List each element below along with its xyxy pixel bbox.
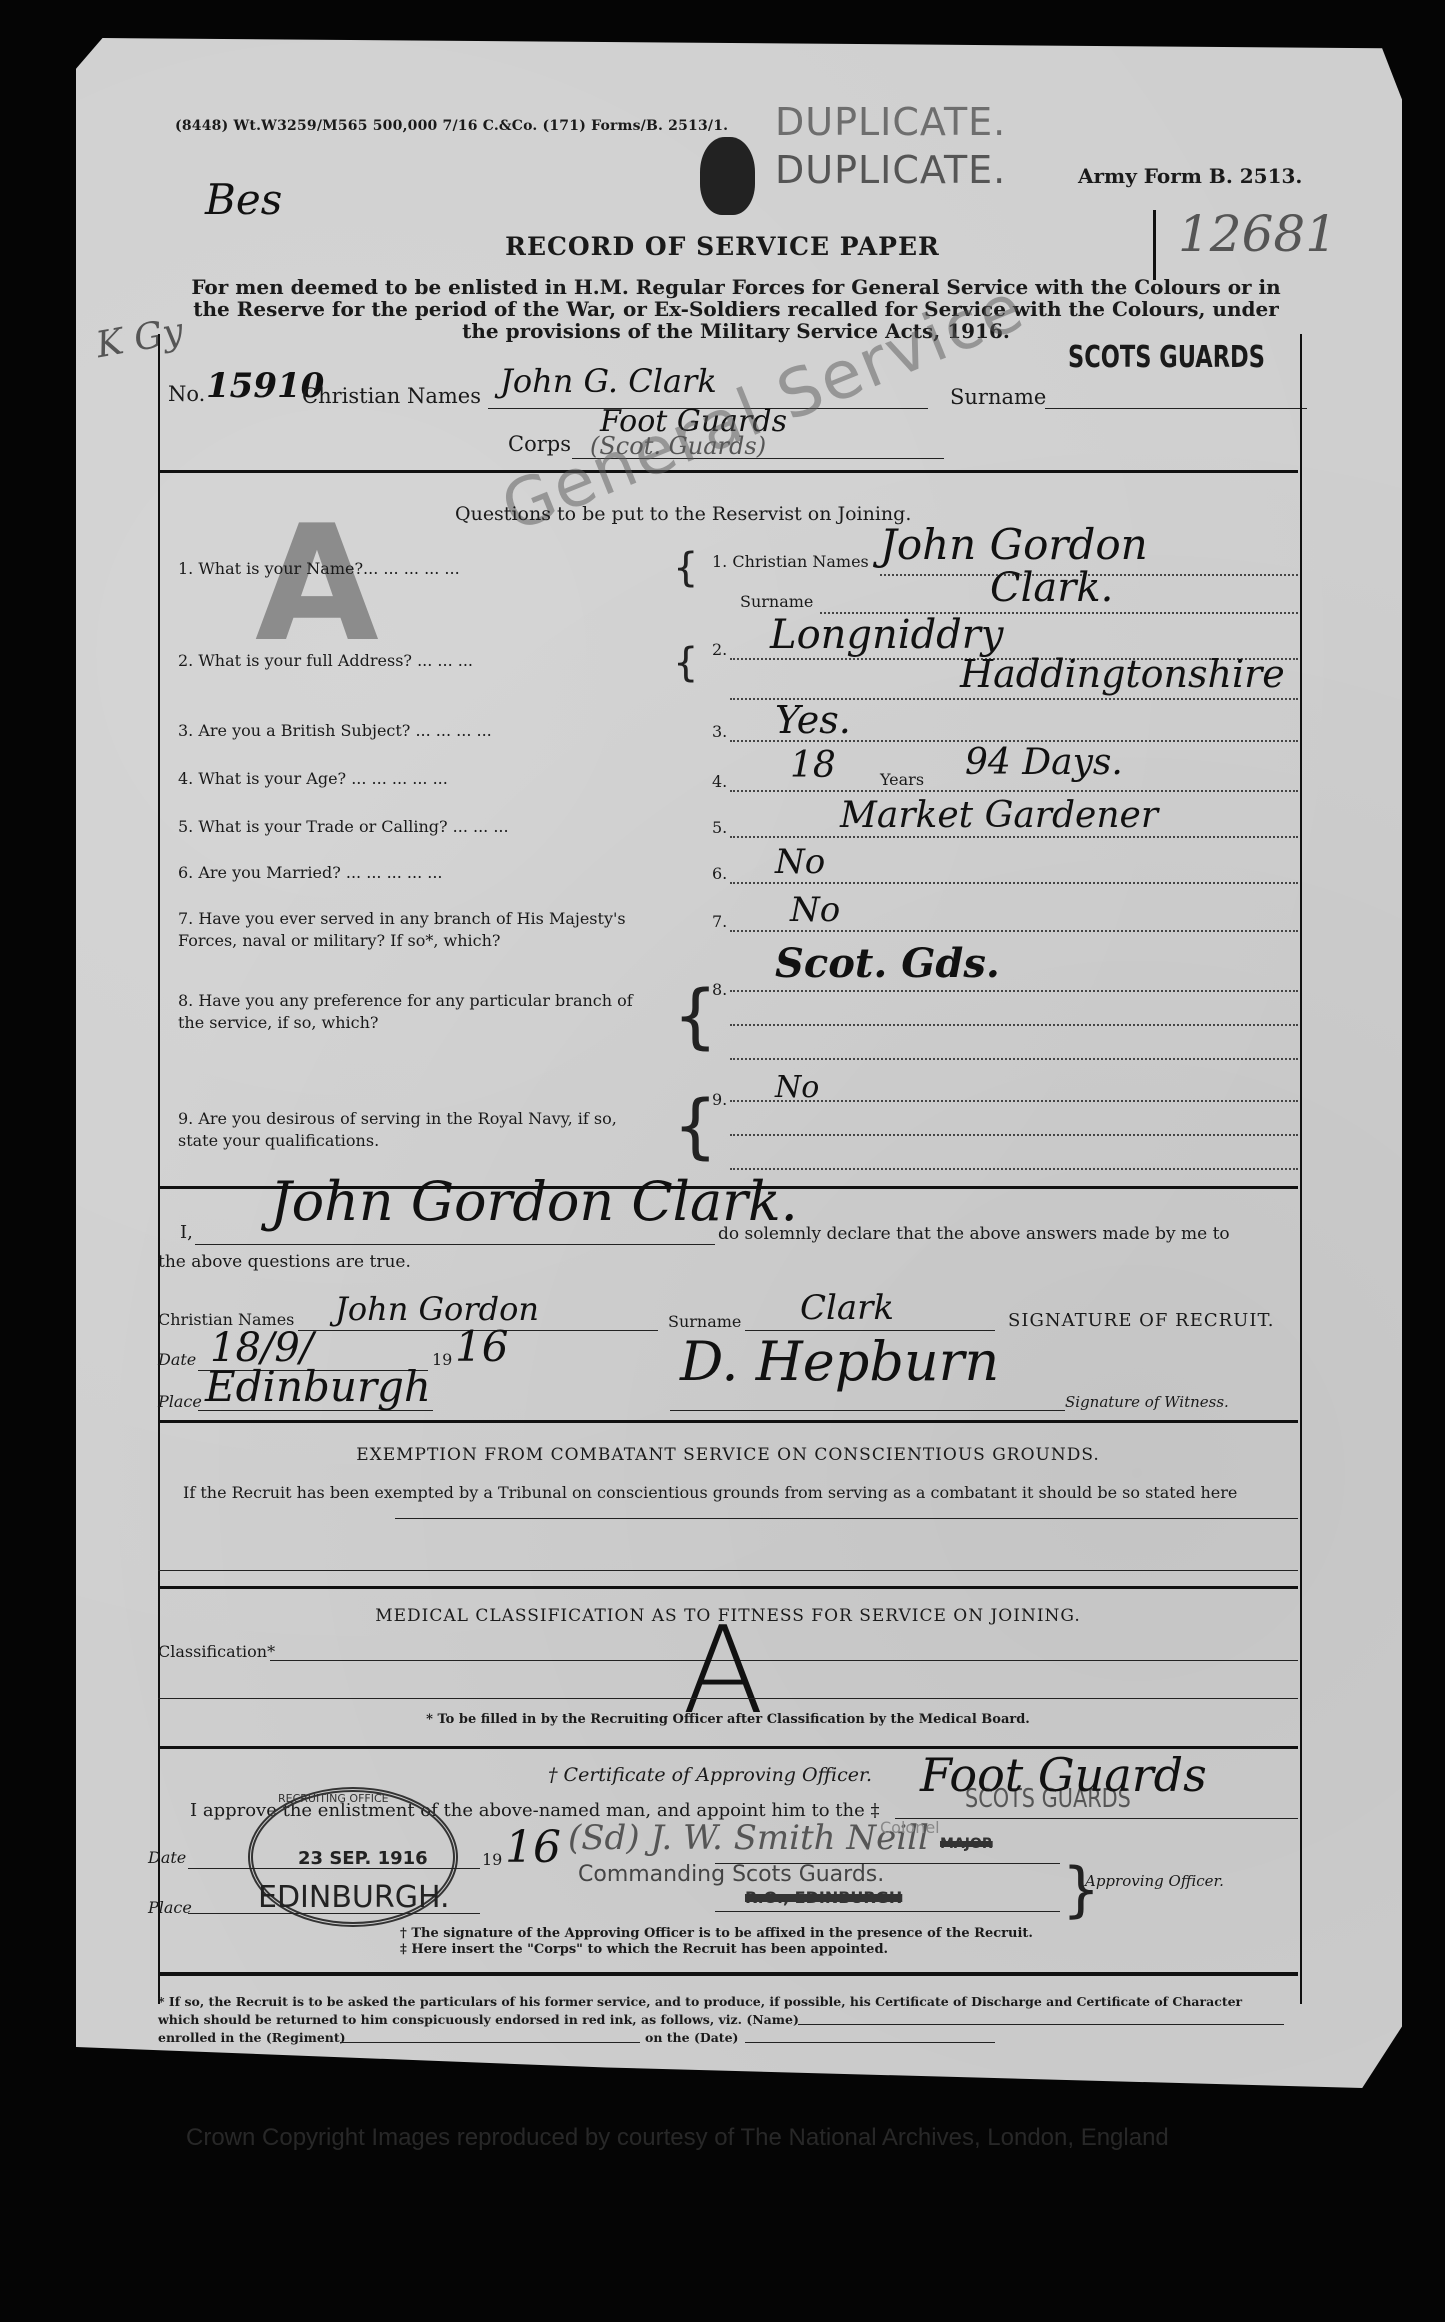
answer-line	[730, 882, 1298, 884]
answer-5[interactable]: Market Gardener	[840, 795, 1158, 836]
question-6: 6. Are you Married? ... ... ... ... ...	[178, 862, 443, 884]
section-divider	[158, 1420, 1298, 1423]
declaration-text: do solemnly declare that the above answe…	[718, 1224, 1230, 1244]
brace: {	[673, 545, 698, 591]
intro-text: For men deemed to be enlisted in H.M. Re…	[186, 276, 1286, 342]
printer-line: (8448) Wt.W3259/M565 500,000 7/16 C.&Co.…	[175, 118, 728, 134]
answer-line	[730, 930, 1298, 932]
classification-line	[270, 1660, 1298, 1661]
exemption-field[interactable]	[395, 1518, 1298, 1519]
royal-coat-of-arms-icon	[700, 137, 755, 215]
question-1: 1. What is your Name?... ... ... ... ...	[178, 558, 460, 580]
exemption-text: If the Recruit has been exempted by a Tr…	[158, 1478, 1298, 1508]
answer-4-years[interactable]: 18	[790, 745, 836, 786]
years-label: Years	[880, 770, 924, 789]
copyright-watermark: Crown Copyright Images reproduced by cou…	[186, 2124, 1169, 2152]
certificate-heading: † Certificate of Approving Officer.	[548, 1764, 872, 1786]
answer-2-address-line-2[interactable]: Haddingtonshire	[960, 652, 1285, 696]
question-2: 2. What is your full Address? ... ... ..…	[178, 650, 473, 672]
answer-label: 9.	[712, 1090, 727, 1109]
brace: {	[673, 640, 698, 686]
answer-line	[730, 1058, 1298, 1060]
answer-4-days[interactable]: 94 Days.	[965, 742, 1123, 783]
form-number: Army Form B. 2513.	[1078, 164, 1302, 188]
approving-officer-line	[715, 1911, 1060, 1912]
answer-line	[730, 1024, 1298, 1026]
margin-initials: Bes	[205, 175, 282, 224]
answer-label: 4.	[712, 772, 727, 791]
former-service-text: * If so, the Recruit is to be asked the …	[158, 1994, 1298, 2009]
question-5: 5. What is your Trade or Calling? ... ..…	[178, 816, 509, 838]
declaration-text: the above questions are true.	[158, 1252, 411, 1272]
approving-officer-label: Approving Officer.	[1085, 1872, 1224, 1890]
answer-label: 1. Christian Names	[712, 552, 869, 571]
answer-6[interactable]: No	[775, 842, 825, 882]
former-name-field[interactable]	[798, 2024, 1284, 2025]
answer-label: 5.	[712, 818, 727, 837]
former-regiment-field[interactable]	[340, 2042, 640, 2043]
question-7: 7. Have you ever served in any branch of…	[178, 908, 658, 952]
duplicate-stamp: DUPLICATE.	[775, 100, 1006, 144]
brace: }	[1062, 1855, 1100, 1925]
answer-label: 8.	[712, 980, 727, 999]
officer-unit-stamp: Commanding Scots Guards.	[578, 1862, 884, 1887]
approval-place-stamp: EDINBURGH.	[258, 1880, 450, 1915]
year-prefix: 19	[432, 1350, 452, 1369]
brace: {	[673, 1085, 718, 1167]
declaration-year[interactable]: 16	[455, 1322, 508, 1371]
answer-label: 7.	[712, 912, 727, 931]
exemption-heading: EXEMPTION FROM COMBATANT SERVICE ON CONS…	[158, 1445, 1298, 1465]
answer-line	[730, 836, 1298, 838]
approval-year[interactable]: 16	[505, 1822, 561, 1873]
answer-line	[730, 790, 1298, 792]
question-8: 8. Have you any preference for any parti…	[178, 990, 658, 1034]
former-date-label: on the (Date)	[645, 2030, 738, 2045]
answer-line	[730, 990, 1298, 992]
questions-heading: Questions to be put to the Reservist on …	[455, 503, 911, 525]
page-title: RECORD OF SERVICE PAPER	[0, 232, 1445, 261]
signature-of-recruit-label: SIGNATURE OF RECRUIT.	[1008, 1310, 1275, 1331]
exemption-field-line-2[interactable]	[158, 1570, 1298, 1571]
answer-line	[730, 1134, 1298, 1136]
declaration-place[interactable]: Edinburgh	[205, 1362, 431, 1411]
appointed-corps-line	[895, 1818, 1298, 1819]
year-prefix: 19	[482, 1850, 502, 1869]
section-divider	[158, 1972, 1298, 1976]
medical-footnote: * To be filled in by the Recruiting Offi…	[158, 1712, 1298, 1727]
former-service-text: which should be returned to him conspicu…	[158, 2012, 799, 2027]
recruit-surname[interactable]: Clark	[800, 1288, 894, 1328]
approval-date-stamp: 23 SEP. 1916	[298, 1848, 428, 1869]
answer-label: 2.	[712, 640, 727, 659]
class-stamp: A	[255, 490, 379, 677]
answer-3[interactable]: Yes.	[775, 698, 851, 742]
place-label: Place	[148, 1898, 192, 1917]
date-label: Date	[148, 1848, 186, 1867]
witness-signature[interactable]: D. Hepburn	[680, 1330, 999, 1393]
witness-label: Signature of Witness.	[1065, 1393, 1229, 1411]
officer-rank-struck: MAJOR	[940, 1836, 993, 1852]
officer-rank-stamp: Colonel	[880, 1818, 940, 1837]
surname-label: Surname	[668, 1312, 741, 1331]
date-label: Date	[158, 1350, 196, 1369]
question-9: 9. Are you desirous of serving in the Ro…	[178, 1108, 658, 1152]
question-4: 4. What is your Age? ... ... ... ... ...	[178, 768, 448, 790]
place-label: Place	[158, 1392, 202, 1411]
answer-label: 6.	[712, 864, 727, 883]
stamp-ring-text: RECRUITING OFFICE	[278, 1792, 389, 1805]
witness-line	[670, 1410, 1065, 1411]
question-3: 3. Are you a British Subject? ... ... ..…	[178, 720, 492, 742]
regiment-label: enrolled in the (Regiment)	[158, 2030, 346, 2045]
answer-7[interactable]: No	[790, 890, 840, 930]
answer-9[interactable]: No	[775, 1070, 819, 1105]
answer-1-surname[interactable]: Clark.	[990, 565, 1113, 611]
former-date-field[interactable]	[745, 2042, 995, 2043]
certificate-footnote: † The signature of the Approving Officer…	[400, 1926, 1033, 1941]
section-divider	[158, 1586, 1298, 1589]
declaration-prefix: I,	[180, 1222, 193, 1243]
classification-line-2	[158, 1698, 1298, 1699]
classification-label: Classification*	[158, 1642, 275, 1661]
answer-label: 3.	[712, 722, 727, 741]
answer-line	[730, 1168, 1298, 1170]
certificate-footnote: ‡ Here insert the "Corps" to which the R…	[400, 1942, 888, 1957]
section-divider	[158, 470, 1298, 473]
approving-officer-signature[interactable]: (Sd) J. W. Smith Neill	[568, 1818, 929, 1858]
answer-1-christian-names[interactable]: John Gordon	[880, 520, 1148, 569]
declaration-name-line	[195, 1244, 715, 1245]
officer-unit-struck: R.O., EDINBURGH	[745, 1888, 902, 1907]
answer-label: Surname	[740, 592, 813, 611]
answer-8[interactable]: Scot. Gds.	[775, 940, 1000, 987]
duplicate-stamp: DUPLICATE.	[775, 148, 1006, 192]
appointed-corps-value[interactable]: Foot Guards	[920, 1748, 1207, 1802]
brace: {	[673, 975, 718, 1057]
